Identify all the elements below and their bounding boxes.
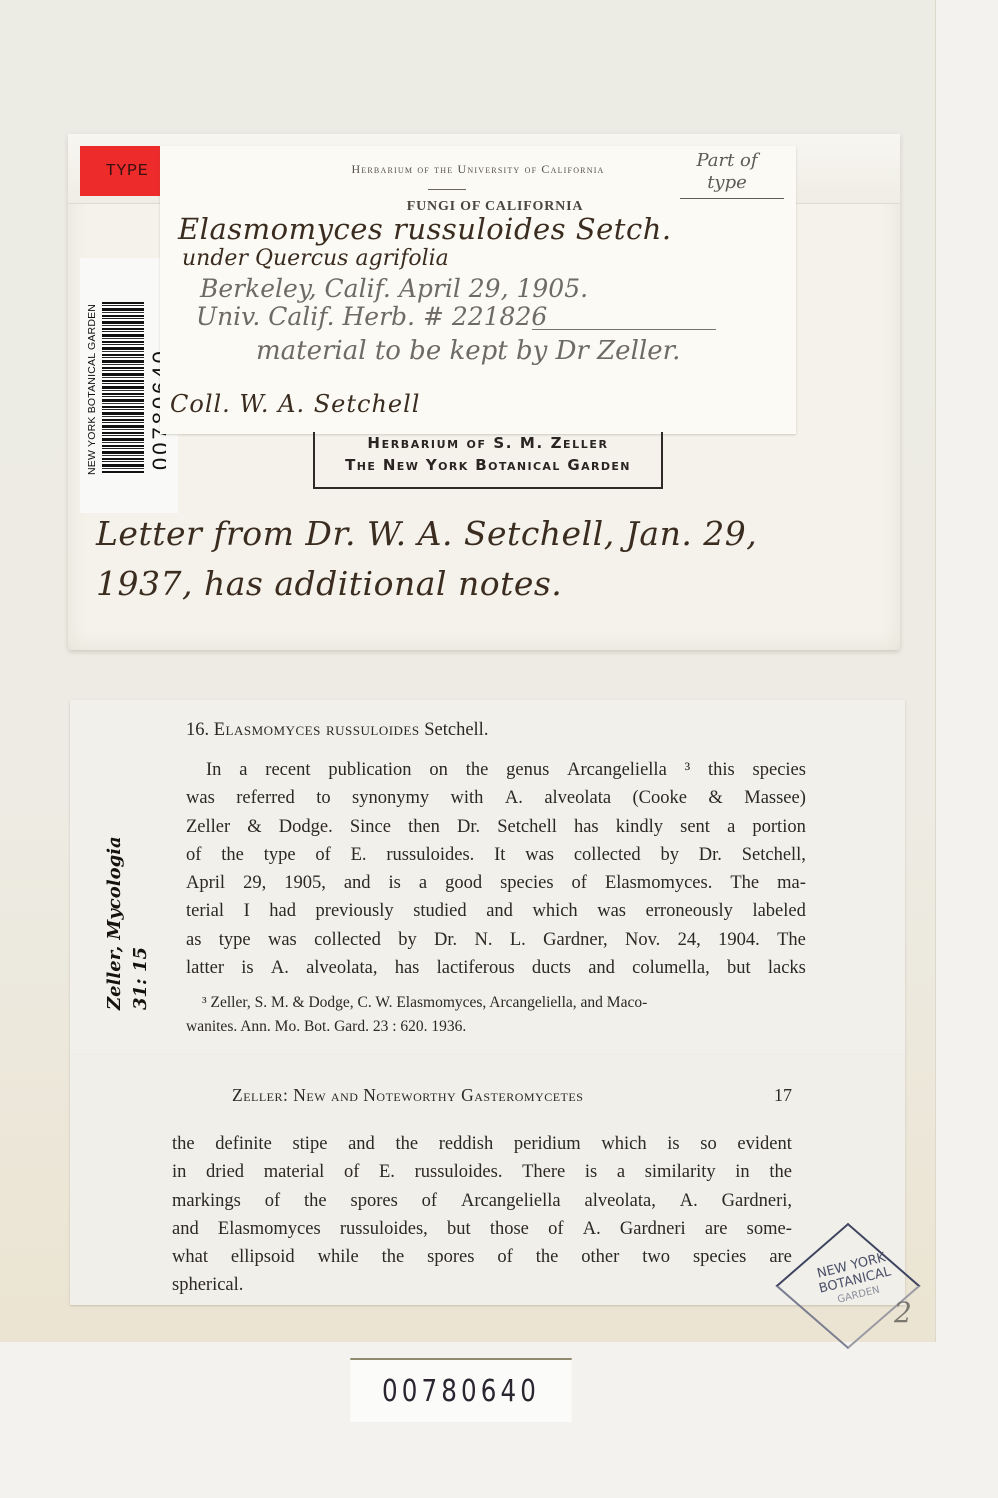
divider [428,189,466,190]
handwritten-note-zeller: material to be kept by Dr Zeller. [256,336,680,366]
text-line: April29,1905,andisagoodspeciesofElasmomy… [186,869,806,897]
paragraph-p16: InarecentpublicationonthegenusArcangelie… [186,756,806,982]
handwritten-herbarium-number: Univ. Calif. Herb. # 221826 [196,302,547,331]
heading-author: Setchell. [424,720,488,740]
barcode-icon [102,302,144,474]
text-line: wasreferredtosynonymywithA.alveolata(Coo… [186,784,806,812]
text-line: andElasmomycesrussuloides,butthoseofA.Ga… [172,1215,792,1243]
underline [680,198,784,199]
text-line: latterisA.alveolata,haslactiferousductsa… [186,954,806,982]
footnote-line: wanites. Ann. Mo. Bot. Gard. 23 : 620. 1… [186,1015,806,1039]
handwritten-locality-date: Berkeley, Calif. April 29, 1905. [200,274,588,303]
handwritten-collector: Coll. W. A. Setchell [170,390,420,418]
page-number: 17 [774,1085,792,1106]
underline [532,329,716,330]
paragraph-p17: thedefinitestipeandthereddishperidiumwhi… [172,1130,792,1300]
footnote-line: ³ Zeller, S. M. & Dodge, C. W. Elasmomyc… [186,991,806,1015]
handwritten-host: under Quercus agrifolia [182,246,449,271]
text-line: spherical. [172,1271,792,1299]
sheet-page-mark: 2 [894,1296,912,1329]
envelope-note-line-1: Letter from Dr. W. A. Setchell, Jan. 29, [96,514,757,553]
text-line: Zeller&Dodge.SincethenDr.Setchellhaskind… [186,813,806,841]
text-line: thedefinitestipeandthereddishperidiumwhi… [172,1130,792,1158]
stamp-line-2: The New York Botanical Garden [315,456,661,474]
envelope-note-line-2: 1937, has additional notes. [96,564,562,603]
text-line: whatellipsoidwhilethesporesoftheothertwo… [172,1243,792,1271]
footnote: ³ Zeller, S. M. & Dodge, C. W. Elasmomyc… [186,991,806,1039]
margin-note-line: Zeller, Mycologia [102,790,128,1010]
handwritten-species-name: Elasmomyces russuloides Setch. [178,212,672,246]
uc-label-header: Herbarium of the University of Californi… [283,162,673,177]
margin-citation-note: Zeller, Mycologia 31: 15 [102,790,162,1010]
text-line: terialIhadpreviouslystudiedandwhichwaser… [186,897,806,925]
running-head-title: Zeller: New and Noteworthy Gasteromycete… [232,1085,583,1105]
heading-species: Elasmomyces russuloides [214,720,420,740]
text-line: markingsofthesporesofArcangeliellaalveol… [172,1187,792,1215]
text-line: indriedmaterialofE.russuloides.Thereisas… [172,1158,792,1186]
text-line: ofthetypeofE.russuloides.Itwascollectedb… [186,841,806,869]
annotation-line: type [672,172,782,194]
annotation-line: Part of [672,150,782,172]
part-of-type-annotation: Part of type [672,150,782,194]
zeller-herbarium-stamp: Herbarium of S. M. Zeller The New York B… [313,432,663,489]
accession-number-label: 00780640 [350,1358,571,1422]
running-head: Zeller: New and Noteworthy Gasteromycete… [232,1085,583,1106]
species-heading: 16. Elasmomyces russuloides Setchell. [186,720,488,741]
barcode-institution: NEW YORK BOTANICAL GARDEN [84,300,100,478]
margin-note-line: 31: 15 [128,790,154,1010]
text-line: InarecentpublicationonthegenusArcangelie… [186,756,806,784]
stamp-line-1: Herbarium of S. M. Zeller [315,434,661,452]
heading-number: 16. [186,720,209,740]
text-line: astypewascollectedbyDr.N.L.Gardner,Nov.2… [186,926,806,954]
